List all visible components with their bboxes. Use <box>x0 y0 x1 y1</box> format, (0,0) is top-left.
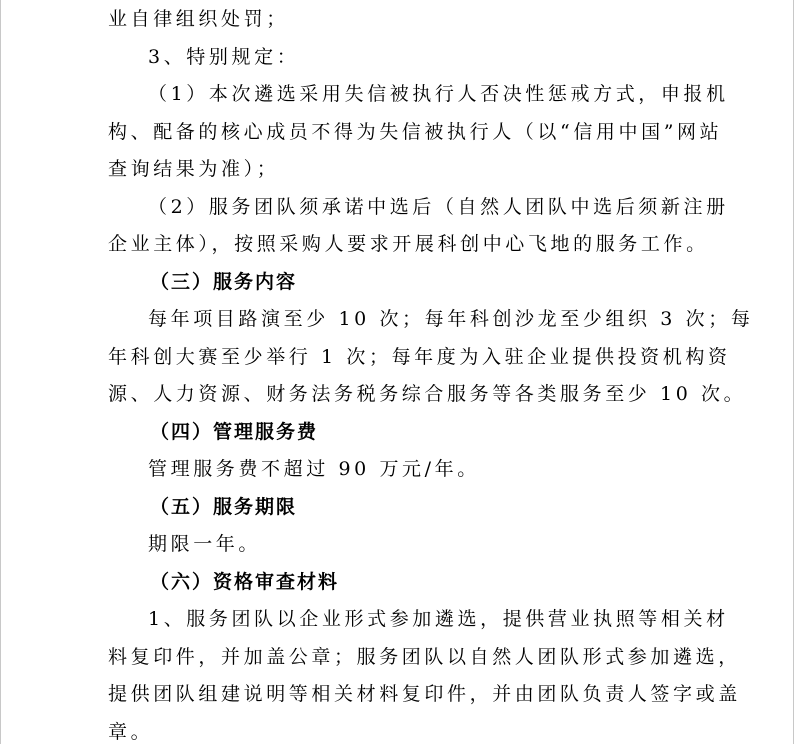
paragraph-line: 1、服务团队以企业形式参加遴选，提供营业执照等相关材 <box>148 601 729 638</box>
section-heading-service-period: （五）服务期限 <box>150 489 297 526</box>
paragraph-line: 提供团队组建说明等相关材料复印件，并由团队负责人签字或盖 <box>108 676 741 713</box>
paragraph-line: 构、配备的核心成员不得为失信被执行人（以“信用中国”网站 <box>108 114 722 151</box>
document-page: 业自律组织处罚； 3、特别规定： （1）本次遴选采用失信被执行人否决性惩戒方式，… <box>0 0 794 744</box>
paragraph-line: 查询结果为准）； <box>108 151 279 188</box>
paragraph-line: 业自律组织处罚； <box>108 1 289 38</box>
paragraph-line: 期限一年。 <box>148 526 261 563</box>
clause-special-provisions: 3、特别规定： <box>148 39 299 76</box>
section-heading-qualification-materials: （六）资格审查材料 <box>150 564 339 601</box>
paragraph-line: 企业主体），按照采购人要求开展科创中心飞地的服务工作。 <box>108 226 709 263</box>
paragraph-line: 管理服务费不超过 90 万元/年。 <box>148 451 480 488</box>
paragraph-line: 每年项目路演至少 10 次；每年科创沙龙至少组织 3 次；每 <box>148 301 753 338</box>
paragraph-line: 章。 <box>108 714 153 744</box>
paragraph-line: 料复印件，并加盖公章；服务团队以自然人团队形式参加遴选， <box>108 639 741 676</box>
paragraph-line: （2）服务团队须承诺中选后（自然人团队中选后须新注册 <box>148 189 729 226</box>
paragraph-line: 年科创大赛至少举行 1 次；每年度为入驻企业提供投资机构资 <box>108 339 731 376</box>
section-heading-management-fee: （四）管理服务费 <box>150 414 318 451</box>
paragraph-line: （1）本次遴选采用失信被执行人否决性惩戒方式，申报机 <box>148 76 729 113</box>
section-heading-service-content: （三）服务内容 <box>150 264 297 301</box>
paragraph-line: 源、人力资源、财务法务税务综合服务等各类服务至少 10 次。 <box>108 376 746 413</box>
